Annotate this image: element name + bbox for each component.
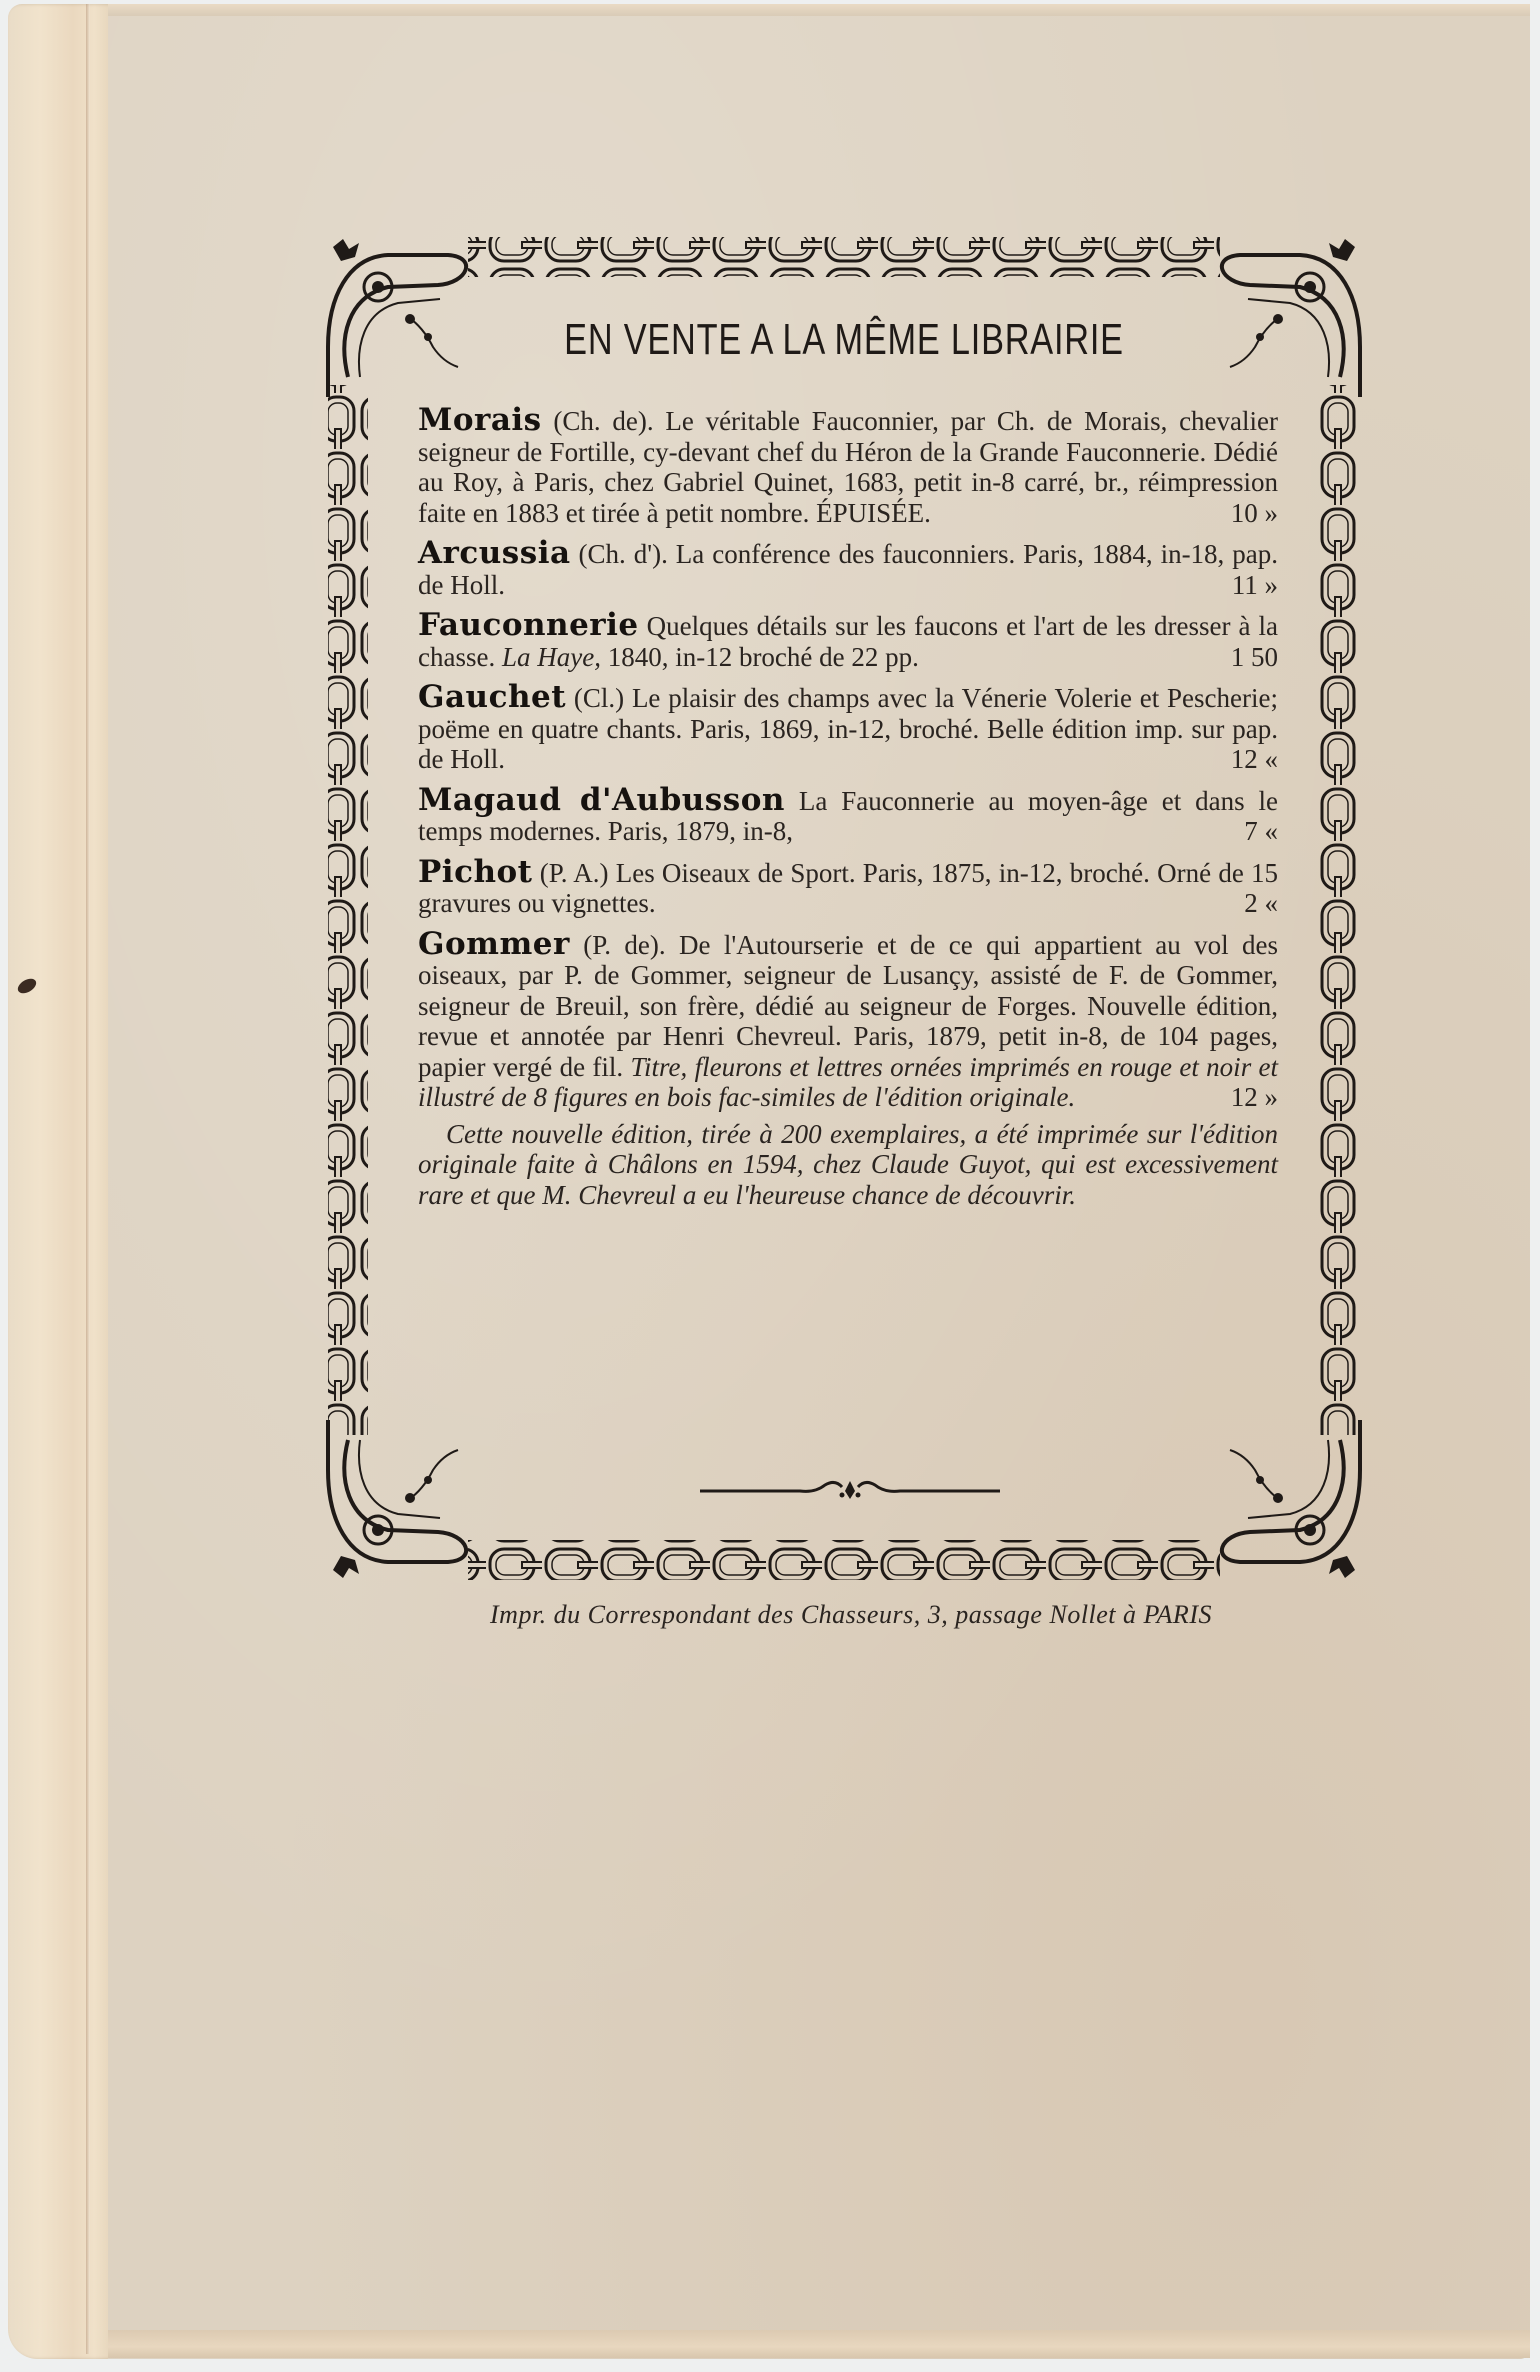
catalog-entry-arcussia: Arcussia (Ch. d'). La conférence des fau… xyxy=(418,538,1278,600)
entry-text: Le véritable Fauconnier, par Ch. de Mora… xyxy=(418,406,1278,528)
entry-price: 12 » xyxy=(1231,1082,1278,1113)
catalog-entry-gommer: Gommer (P. de). De l'Autourserie et de c… xyxy=(418,929,1278,1211)
catalog-entry-fauconnerie: Fauconnerie Quelques détails sur les fau… xyxy=(418,610,1278,672)
catalog-entry-magaud: Magaud d'Aubusson La Fauconnerie au moye… xyxy=(418,785,1278,847)
entry-price: 7 « xyxy=(1244,816,1278,847)
entry-author: Morais xyxy=(418,402,542,438)
entry-author: Pichot xyxy=(418,854,533,890)
entry-author: Gauchet xyxy=(418,679,566,715)
catalog-entry-pichot: Pichot (P. A.) Les Oiseaux de Sport. Par… xyxy=(418,857,1278,919)
entry-price: 12 « xyxy=(1231,744,1278,775)
page-heading: EN VENTE A LA MÊME LIBRAIRIE xyxy=(434,315,1255,365)
catalog-entry-morais: Morais (Ch. de). Le véritable Fauconnier… xyxy=(418,405,1278,528)
catalog-list: Morais (Ch. de). Le véritable Fauconnier… xyxy=(418,405,1278,1220)
printer-imprint: Impr. du Correspondant des Chasseurs, 3,… xyxy=(366,1600,1336,1630)
entry-price: 1 50 xyxy=(1231,642,1278,673)
entry-text-italic: La Haye, xyxy=(502,642,601,672)
spine-fold xyxy=(86,4,90,2354)
entry-price: 10 » xyxy=(1231,498,1278,529)
entry-author: Gommer xyxy=(418,926,570,962)
entry-author: Magaud d'Aubusson xyxy=(418,782,785,818)
entry-price: 11 » xyxy=(1232,570,1278,601)
entry-author-detail: (P. de). xyxy=(583,930,665,960)
entry-text-after: 1840, in-12 broché de 22 pp. xyxy=(608,642,919,672)
entry-note: Cette nouvelle édition, tirée à 200 exem… xyxy=(418,1119,1278,1211)
entry-author-detail: (Ch. de). xyxy=(553,406,653,436)
cover-top-edge xyxy=(108,4,1530,16)
book-spine xyxy=(8,4,116,2359)
entry-price: 2 « xyxy=(1244,888,1278,919)
entry-author: Fauconnerie xyxy=(418,607,639,643)
catalog-entry-gauchet: Gauchet (Cl.) Le plaisir des champs avec… xyxy=(418,682,1278,775)
cover-bottom-edge xyxy=(108,2330,1530,2358)
fleuron-divider-icon xyxy=(700,1475,1000,1505)
entry-author-detail: (Ch. d'). xyxy=(579,539,668,569)
entry-author: Arcussia xyxy=(418,535,571,571)
entry-author-detail: (P. A.) xyxy=(540,858,609,888)
ornamental-chain-frame: EN VENTE A LA MÊME LIBRAIRIE Morais (Ch.… xyxy=(318,225,1370,1592)
entry-author-detail: (Cl.) xyxy=(574,683,624,713)
